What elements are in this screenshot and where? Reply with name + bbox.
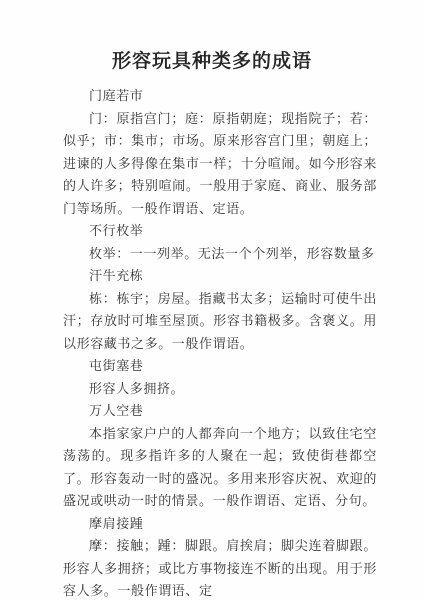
idiom-definition: 形容人多拥挤。	[63, 378, 377, 401]
idiom-section: 汗牛充栋 栋：栋宇；房屋。指藏书太多；运输时可使牛出汗；存放时可堆至屋顶。形容书…	[63, 265, 377, 355]
idiom-section: 屯街塞巷 形容人多拥挤。	[63, 355, 377, 400]
idiom-definition: 枚举：一一列举。无法一个个列举，形容数量多	[63, 243, 377, 266]
idiom-heading: 不行枚举	[63, 220, 377, 243]
idiom-definition: 栋：栋宇；房屋。指藏书太多；运输时可使牛出汗；存放时可堆至屋顶。形容书籍极多。含…	[63, 288, 377, 356]
idiom-section: 万人空巷 本指家家户户的人都奔向一个地方；以致住宅空荡荡的。现多指许多的人聚在一…	[63, 400, 377, 513]
idiom-section: 不行枚举 枚举：一一列举。无法一个个列举，形容数量多	[63, 220, 377, 265]
idiom-definition: 摩：接触；踵：脚跟。肩挨肩；脚尖连着脚跟。形容人多拥挤；或比方事物接连不断的出现…	[63, 535, 377, 600]
idiom-heading: 门庭若市	[63, 85, 377, 108]
document-page: 形容玩具种类多的成语 门庭若市 门：原指宫门；庭：原指朝庭；现指院子；若：似乎；…	[0, 0, 424, 600]
idiom-heading: 万人空巷	[63, 400, 377, 423]
idiom-heading: 屯街塞巷	[63, 355, 377, 378]
idiom-definition: 门：原指宫门；庭：原指朝庭；现指院子；若：似乎；市：集市；市场。原来形容宫门里；…	[63, 108, 377, 221]
page-title: 形容玩具种类多的成语	[20, 50, 404, 74]
idiom-heading: 汗牛充栋	[63, 265, 377, 288]
idiom-section: 门庭若市 门：原指宫门；庭：原指朝庭；现指院子；若：似乎；市：集市；市场。原来形…	[63, 85, 377, 220]
idiom-section: 摩肩接踵 摩：接触；踵：脚跟。肩挨肩；脚尖连着脚跟。形容人多拥挤；或比方事物接连…	[63, 513, 377, 600]
idiom-heading: 摩肩接踵	[63, 513, 377, 536]
idiom-definition: 本指家家户户的人都奔向一个地方；以致住宅空荡荡的。现多指许多的人聚在一起；致使街…	[63, 423, 377, 513]
document-body: 门庭若市 门：原指宫门；庭：原指朝庭；现指院子；若：似乎；市：集市；市场。原来形…	[63, 85, 377, 600]
